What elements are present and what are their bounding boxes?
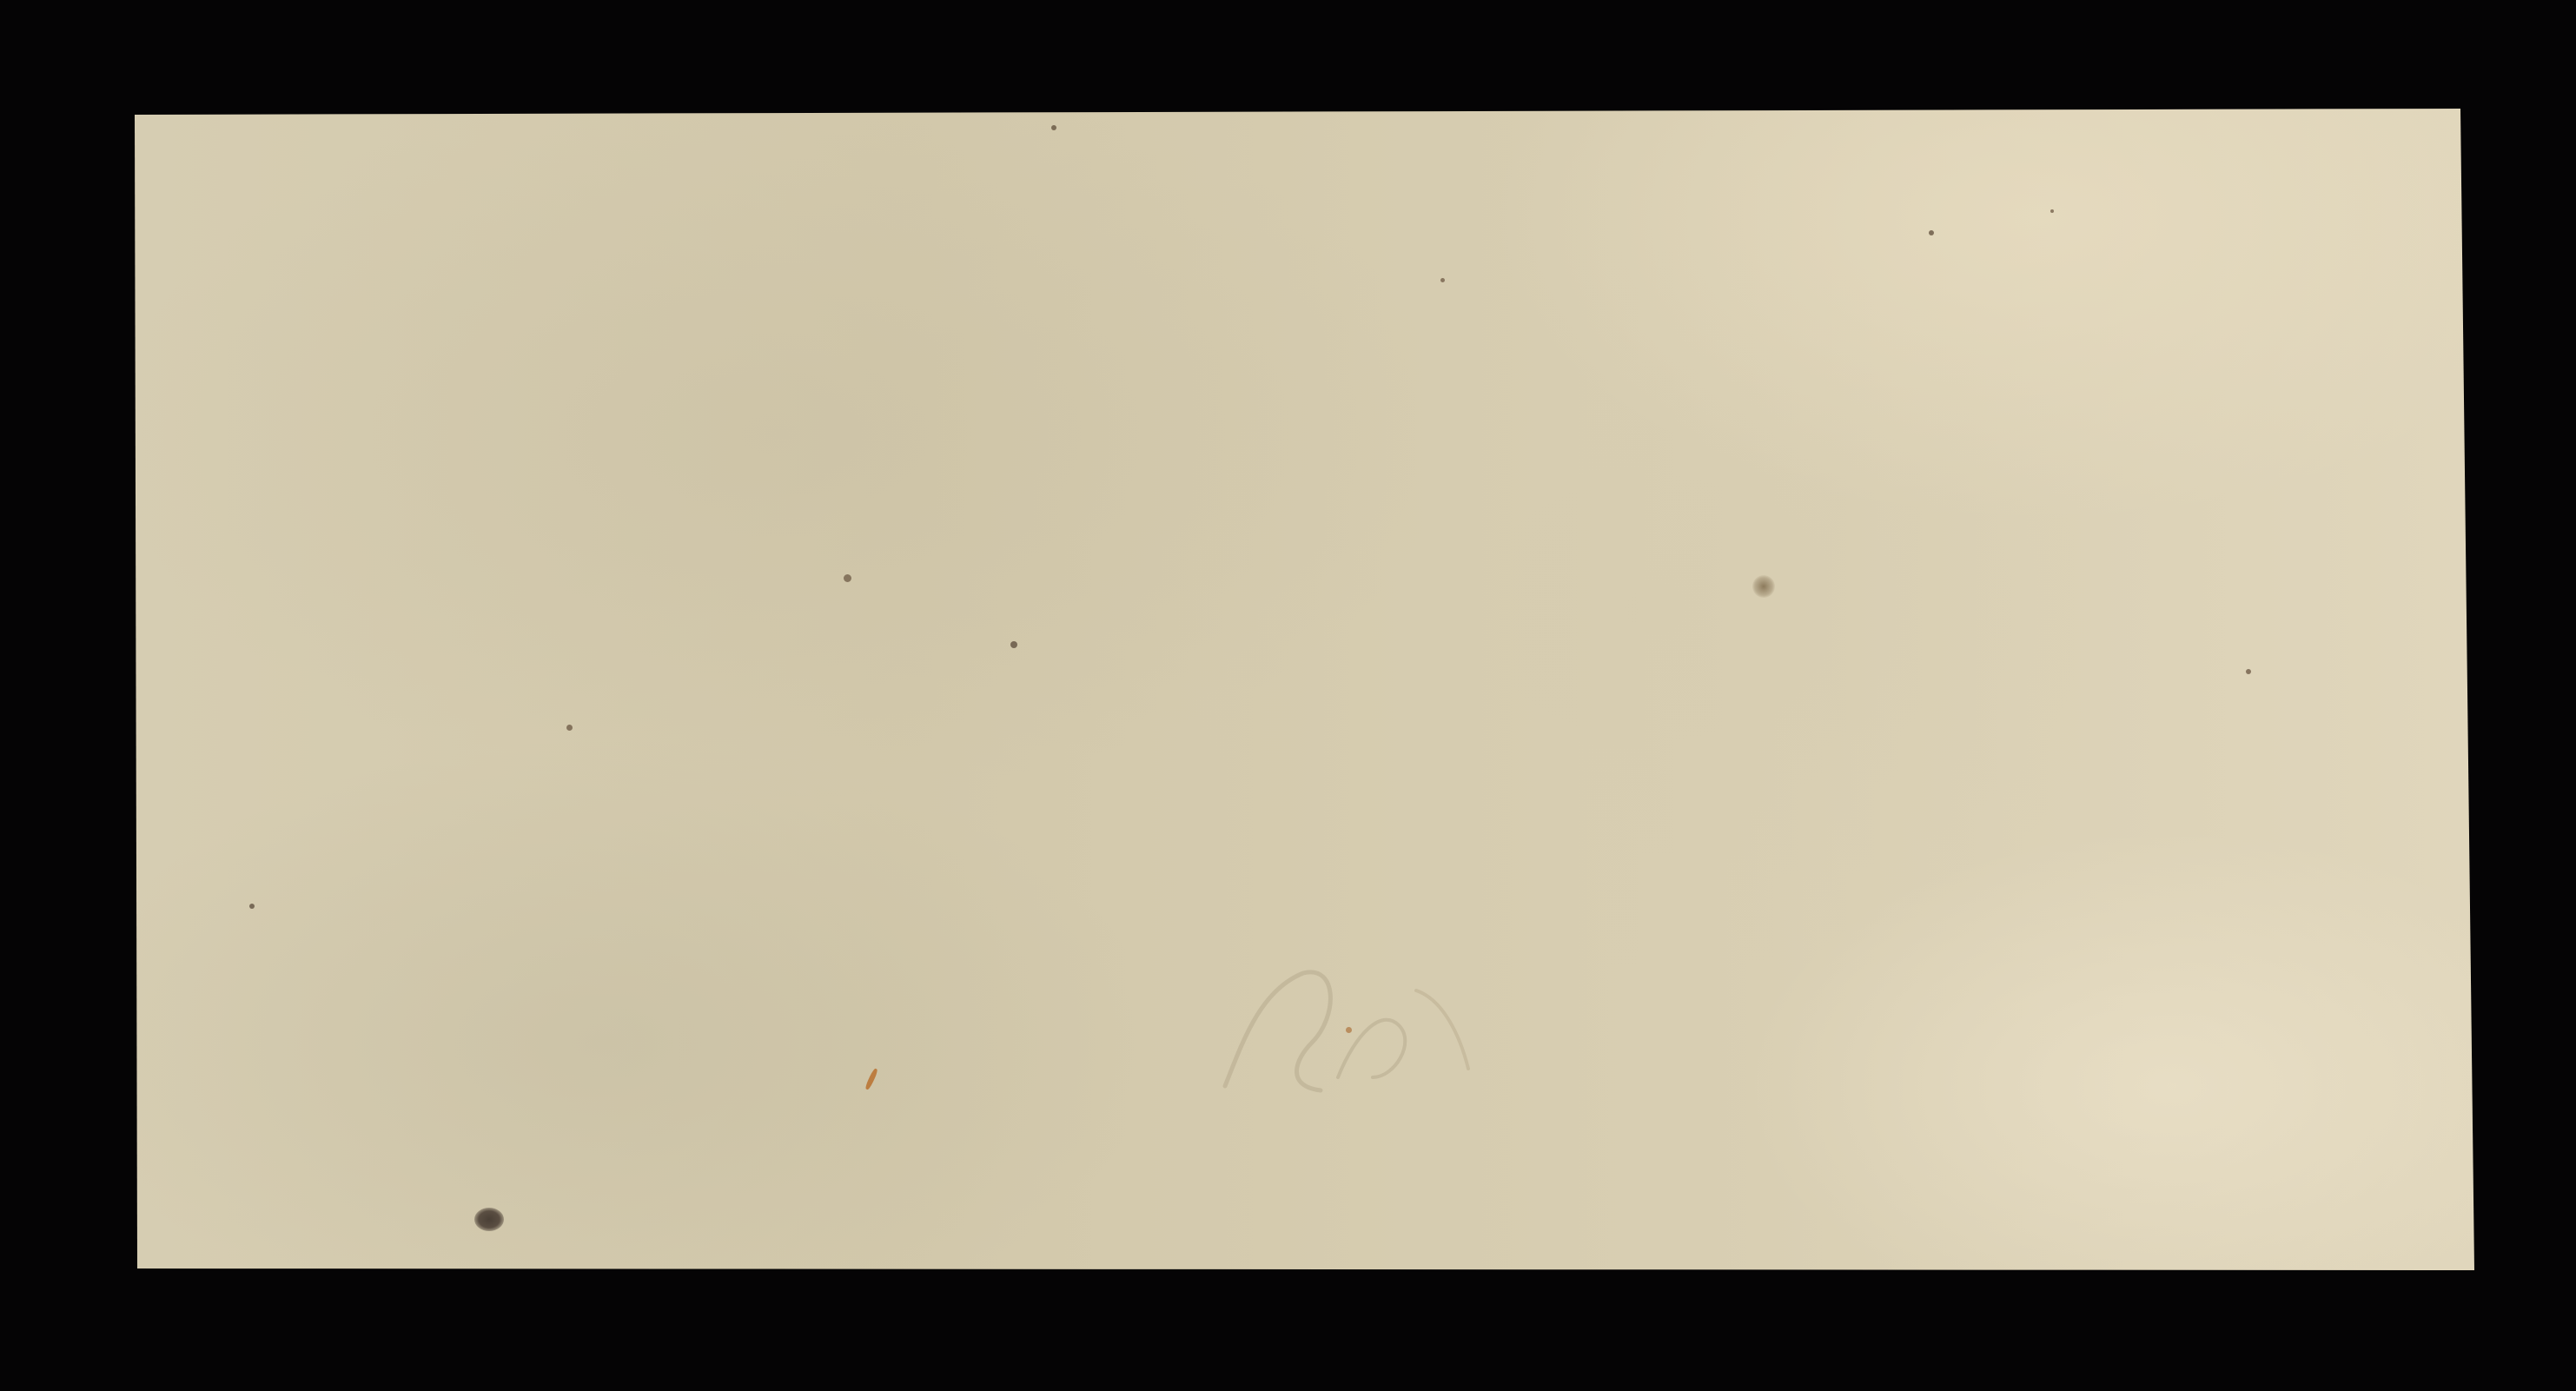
- speck-mark: [1051, 125, 1056, 130]
- speck-mark: [1346, 1027, 1352, 1033]
- speck-mark: [1010, 641, 1017, 648]
- ink-bleed-through: [1208, 938, 1486, 1112]
- dark-spot-mark: [474, 1208, 504, 1231]
- speck-mark: [844, 574, 851, 582]
- speck-mark: [1440, 278, 1445, 282]
- speck-mark: [2050, 209, 2054, 213]
- stain-mark: [1752, 575, 1775, 598]
- speck-mark: [2246, 669, 2251, 674]
- speck-mark: [566, 725, 573, 731]
- speck-mark: [1929, 230, 1934, 235]
- speck-mark: [249, 904, 255, 909]
- paper-sheet: [0, 0, 2576, 1391]
